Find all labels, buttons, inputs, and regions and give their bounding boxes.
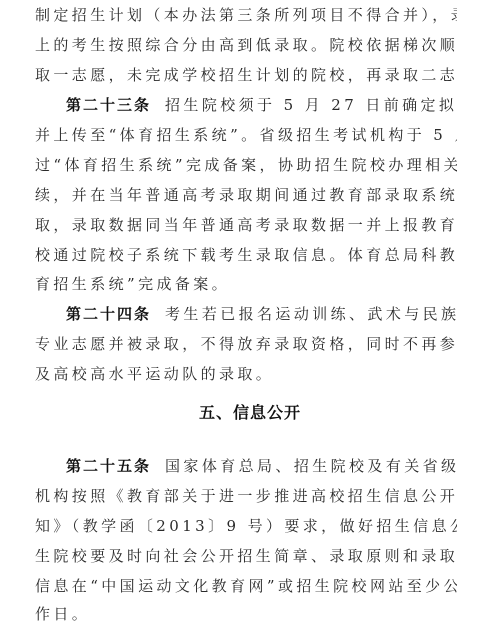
section-heading: 五、信息公开	[0, 400, 500, 423]
article-24-label: 第二十四条	[66, 305, 151, 323]
article-25-label: 第二十五条	[66, 457, 151, 475]
paragraph-line: 及高校高水平运动队的录取。	[35, 363, 457, 385]
paragraph-line: 校通过院校子系统下载考生录取信息。体育总局科教司通过“体	[35, 244, 457, 266]
paragraph-line: 生院校要及时向社会公开招生简章、录取原则和录取结果。有关	[35, 545, 457, 567]
paragraph-line: 上的考生按照综合分由高到低录取。院校依据梯次顺序，优先录	[35, 34, 457, 56]
paragraph-line: 过“体育招生系统”完成备案，协助招生院校办理相关录取手	[35, 154, 457, 176]
article-24-first-line: 第二十四条考生若已报名运动训练、武术与民族传统体育	[66, 303, 457, 325]
article-24-text: 考生若已报名运动训练、武术与民族传统体育	[165, 305, 457, 323]
document-page: 制定招生计划（本办法第三条所列项目不得合并），录取控制线 上的考生按照综合分由高…	[0, 0, 500, 626]
paragraph-line: 作日。	[35, 603, 457, 625]
paragraph-line: 续，并在当年普通高考录取期间通过教育部录取系统完成网上录	[35, 184, 457, 206]
article-23-label: 第二十三条	[66, 96, 151, 114]
paragraph-line: 制定招生计划（本办法第三条所列项目不得合并），录取控制线	[35, 4, 457, 26]
article-25-text: 国家体育总局、招生院校及有关省级招生考试	[165, 457, 457, 475]
paragraph-line: 育招生系统”完成备案。	[35, 273, 457, 295]
paragraph-line: 取一志愿，未完成学校招生计划的院校，再录取二志愿。	[35, 64, 457, 86]
article-23-text: 招生院校须于 5 月 27 日前确定拟录取名单，	[165, 96, 457, 114]
article-25-first-line: 第二十五条国家体育总局、招生院校及有关省级招生考试	[66, 455, 457, 477]
paragraph-line: 取，录取数据同当年普通高考录取数据一并上报教育部，招生院	[35, 214, 457, 236]
paragraph-line: 机构按照《教育部关于进一步推进高校招生信息公开工作的通	[35, 485, 457, 507]
paragraph-line: 专业志愿并被录取，不得放弃录取资格，同时不再参加普通高考	[35, 333, 457, 355]
paragraph-line: 并上传至“体育招生系统”。省级招生考试机构于 5 月 31 日前通	[35, 124, 457, 146]
article-23-first-line: 第二十三条招生院校须于 5 月 27 日前确定拟录取名单，	[66, 94, 457, 116]
paragraph-line: 信息在“中国运动文化教育网”或招生院校网站至少公示 5 个工	[35, 575, 457, 597]
paragraph-line: 知》（教学函〔2013〕9 号）要求，做好招生信息公开工作。招	[35, 515, 457, 537]
